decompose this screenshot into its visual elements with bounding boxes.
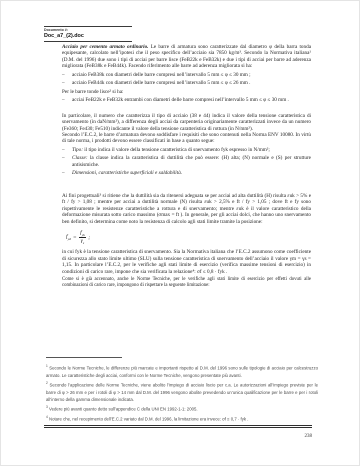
paragraph-ec2-requisiti: Secondo l’E.C.2, le barre d’armatura dev… (62, 132, 311, 145)
formula-lhs-subscript: yd (68, 237, 71, 241)
list-item-tipo: –Tipo: il tipo indica il valore della te… (62, 147, 311, 153)
document-page: Documento #: Doc_a7_(2).doc Acciaio per … (0, 0, 360, 466)
list-item-lead: Classe: (72, 155, 88, 161)
list-dash: – (62, 155, 65, 161)
footnote-1: 1 Secondo le Norme Tecniche, le differen… (46, 363, 318, 379)
document-header: Documento #: Doc_a7_(2).doc (44, 26, 132, 42)
footnote-number: 3 (46, 405, 48, 409)
footnote-separator (46, 357, 122, 358)
footnote-number: 2 (46, 381, 48, 385)
list-dash: – (62, 97, 65, 103)
footnote-text: Secondo l’applicazione delle Norme Tecni… (46, 383, 318, 402)
paragraph-coefficiente-sicurezza: in cui fyk è la tensione caratteristica … (62, 249, 311, 275)
list-item-text: acciaio FeB44k con diametri delle barre … (72, 80, 250, 86)
list-item-text: acciai FeB22k e FeB32k entrambi con diam… (72, 97, 289, 103)
list-item-feb38k: –acciaio FeB38k con diametri delle barre… (62, 72, 311, 78)
paragraph-duttilita: Ai fini progettuali³ si ritiene che la d… (62, 193, 311, 225)
paragraph-acciaio-intro: Acciaio per cemento armato ordinario. Le… (62, 44, 311, 70)
footnote-3: 3 Vedere più avanti quanto detto sull’ap… (46, 404, 318, 413)
list-item-dimensioni: –Dimensioni, caratteristiche superficial… (62, 170, 311, 176)
list-item-classe: –Classe: la classe indica la caratterist… (62, 155, 311, 168)
formula-tail: ; (88, 235, 90, 241)
list-dash: – (62, 147, 65, 153)
paragraph-norme-tecniche-limitazione: Come si è già accennato, anche le Norme … (62, 277, 311, 289)
list-item-text: acciaio FeB38k con diametri delle barre … (72, 72, 251, 78)
list-item-feb44k: –acciaio FeB44k con diametri delle barre… (62, 80, 311, 86)
list-dash: – (62, 170, 65, 176)
document-file-name: Doc_a7_(2).doc (44, 33, 132, 40)
formula-numerator: fyk (79, 230, 87, 238)
paragraph-barre-lisce: Per le barre tonde lisce² si ha: (62, 89, 311, 95)
formula-numerator-subscript: yk (82, 233, 85, 237)
footer-rule (44, 425, 312, 428)
paragraph-tipo-acciaio: In particolare, il numero che caratteriz… (62, 113, 311, 132)
list-item-feb22k-feb32k: –acciai FeB22k e FeB32k entrambi con dia… (62, 97, 311, 103)
formula-denominator-subscript: s (83, 241, 84, 245)
page-number: 238 (288, 434, 312, 439)
list-item-lead: Dimensioni, caratteristiche superficiali… (72, 170, 182, 176)
list-dash: – (62, 80, 65, 86)
formula-equals: = (73, 235, 77, 241)
list-dash: – (62, 72, 65, 78)
design-strength-formula: fyd = fyk γs ; (66, 230, 311, 245)
formula-lhs: fyd (66, 234, 71, 242)
footnote-number: 1 (46, 364, 48, 368)
document-body: Acciaio per cemento armato ordinario. Le… (62, 44, 311, 289)
footnote-2: 2 Secondo l’applicazione delle Norme Tec… (46, 380, 318, 403)
list-item-text: la classe indica la caratteristica di du… (72, 155, 311, 167)
footnotes: 1 Secondo le Norme Tecniche, le differen… (46, 363, 318, 424)
footnote-4: 4 Notare che, nel recepimento dell’E.C.2… (46, 414, 318, 423)
footnote-text: Vedere più avanti quanto detto sull’appe… (49, 407, 198, 412)
list-item-text: il tipo indica il valore della tensione … (83, 147, 270, 153)
footnote-text: Notare che, nel recepimento dell’E.C.2 v… (49, 417, 248, 422)
formula-denominator: γs (79, 238, 87, 245)
footnote-text: Secondo le Norme Tecniche, le differenze… (46, 365, 318, 377)
list-item-lead: Tipo: (72, 147, 83, 153)
formula-fraction: fyk γs (79, 230, 87, 245)
footnote-number: 4 (46, 415, 48, 419)
